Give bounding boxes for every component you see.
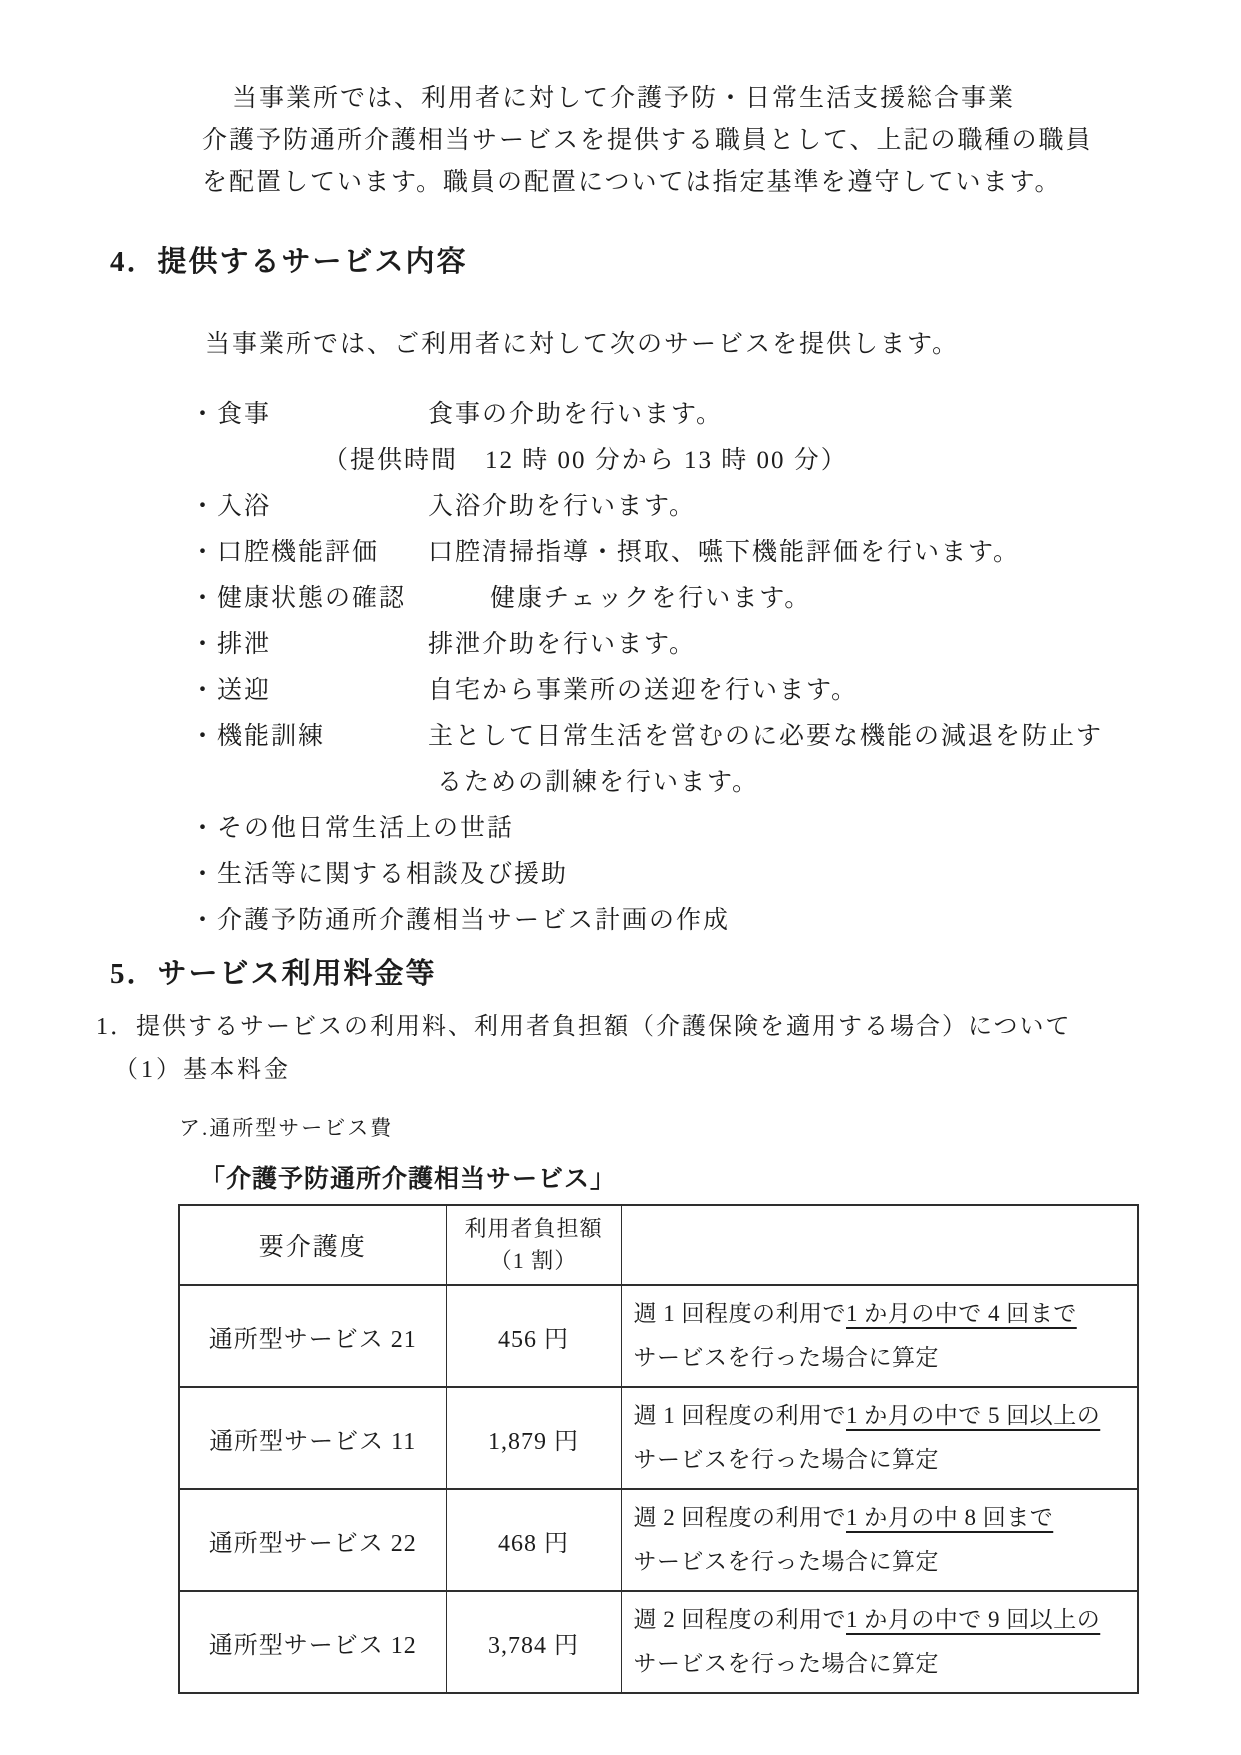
service-desc: 入浴介助を行います。 (428, 493, 696, 520)
calculation-desc-line1: 週 2 回程度の利用で1 か月の中 8 回まで (634, 1496, 1126, 1540)
calculation-desc-line2: サービスを行った場合に算定 (634, 1438, 1126, 1482)
service-desc: 口腔清掃指導・摂取、嚥下機能評価を行います。 (428, 539, 1020, 566)
fee-table-row: 通所型サービス 21 456 円 週 1 回程度の利用で1 か月の中で 4 回ま… (179, 1285, 1138, 1387)
care-level-cell: 通所型サービス 12 (179, 1591, 446, 1693)
intro-paragraph: 当事業所では、利用者に対して介護予防・日常生活支援総合事業 介護予防通所介護相当… (202, 78, 1191, 204)
service-desc: 食事の介助を行います。 (428, 401, 723, 428)
desc-prefix: 週 1 回程度の利用で (634, 1301, 847, 1326)
service-item-oral-function: ・口腔機能評価口腔清掃指導・摂取、嚥下機能評価を行います。 (190, 530, 1191, 576)
calculation-desc-cell: 週 1 回程度の利用で1 か月の中で 5 回以上の サービスを行った場合に算定 (621, 1387, 1138, 1489)
service-label: ・健康状態の確認 (190, 576, 428, 622)
service-label: ・その他日常生活上の世話 (190, 806, 514, 852)
service-desc: 排泄介助を行います。 (428, 631, 696, 658)
service-item-meal: ・食事食事の介助を行います。 (190, 392, 1191, 438)
section4-lead: 当事業所では、ご利用者に対して次のサービスを提供します。 (205, 328, 1191, 362)
calculation-desc-line1: 週 1 回程度の利用で1 か月の中で 4 回まで (634, 1292, 1126, 1336)
service-desc: 主として日常生活を営むのに必要な機能の減退を防止す (428, 723, 1103, 750)
calculation-desc-line1: 週 1 回程度の利用で1 か月の中で 5 回以上の (634, 1394, 1126, 1438)
service-label: ・機能訓練 (190, 714, 428, 760)
fee-intro-line: 1．提供するサービスの利用料、利用者負担額（介護保険を適用する場合）について (96, 1008, 1191, 1046)
service-label: ・排泄 (190, 622, 428, 668)
desc-underlined: 1 か月の中で 5 回以上の (846, 1403, 1100, 1428)
desc-underlined: 1 か月の中で 4 回まで (846, 1301, 1077, 1326)
service-item-bath: ・入浴入浴介助を行います。 (190, 484, 1191, 530)
calculation-desc-cell: 週 2 回程度の利用で1 か月の中で 9 回以上の サービスを行った場合に算定 (621, 1591, 1138, 1693)
header-care-level: 要介護度 (179, 1205, 446, 1285)
service-label: ・送迎 (190, 668, 428, 714)
service-item-life-consultation: ・生活等に関する相談及び援助 (190, 852, 1191, 898)
section4-heading: 4．提供するサービス内容 (110, 242, 1191, 282)
desc-underlined: 1 か月の中で 9 回以上の (846, 1607, 1100, 1632)
care-level-cell: 通所型サービス 21 (179, 1285, 446, 1387)
header-user-burden-line1: 利用者負担額 (448, 1213, 620, 1245)
calculation-desc-cell: 週 2 回程度の利用で1 か月の中 8 回まで サービスを行った場合に算定 (621, 1489, 1138, 1591)
fee-table-row: 通所型サービス 22 468 円 週 2 回程度の利用で1 か月の中 8 回まで… (179, 1489, 1138, 1591)
service-label: ・口腔機能評価 (190, 530, 428, 576)
service-item-functional-training: ・機能訓練主として日常生活を営むのに必要な機能の減退を防止す (190, 714, 1191, 760)
desc-prefix: 週 1 回程度の利用で (634, 1403, 847, 1428)
service-item-health-check: ・健康状態の確認健康チェックを行います。 (190, 576, 1191, 622)
service-note-meal-time: （提供時間 12 時 00 分から 13 時 00 分） (323, 438, 1191, 484)
fee-cell: 456 円 (446, 1285, 621, 1387)
fee-cell: 1,879 円 (446, 1387, 621, 1489)
service-label: ・食事 (190, 392, 428, 438)
header-user-burden-line2: （1 割） (448, 1245, 620, 1277)
service-item-other-daily-care: ・その他日常生活上の世話 (190, 806, 1191, 852)
fee-table: 要介護度 利用者負担額 （1 割） 通所型サービス 21 456 円 週 1 回… (178, 1204, 1139, 1694)
intro-line: 介護予防通所介護相当サービスを提供する職員として、上記の職種の職員 (202, 120, 1191, 162)
service-label: ・入浴 (190, 484, 428, 530)
fee-cell: 3,784 円 (446, 1591, 621, 1693)
services-list: ・食事食事の介助を行います。 （提供時間 12 時 00 分から 13 時 00… (190, 392, 1191, 944)
desc-prefix: 週 2 回程度の利用で (634, 1505, 847, 1530)
calculation-desc-cell: 週 1 回程度の利用で1 か月の中で 4 回まで サービスを行った場合に算定 (621, 1285, 1138, 1387)
desc-underlined: 1 か月の中 8 回まで (846, 1505, 1053, 1530)
basic-fee-line: （1）基本料金 (114, 1052, 1191, 1088)
fee-table-row: 通所型サービス 11 1,879 円 週 1 回程度の利用で1 か月の中で 5 … (179, 1387, 1138, 1489)
service-item-transport: ・送迎自宅から事業所の送迎を行います。 (190, 668, 1191, 714)
calculation-desc-line2: サービスを行った場合に算定 (634, 1336, 1126, 1380)
service-note-training: るための訓練を行います。 (437, 760, 1191, 806)
care-level-cell: 通所型サービス 22 (179, 1489, 446, 1591)
calculation-desc-line1: 週 2 回程度の利用で1 か月の中で 9 回以上の (634, 1598, 1126, 1642)
calculation-desc-line2: サービスを行った場合に算定 (634, 1642, 1126, 1686)
service-desc: 健康チェックを行います。 (490, 585, 811, 612)
service-desc: 自宅から事業所の送迎を行います。 (428, 677, 858, 704)
intro-line: 当事業所では、利用者に対して介護予防・日常生活支援総合事業 (202, 78, 1191, 120)
service-label: ・介護予防通所介護相当サービス計画の作成 (190, 898, 730, 944)
section5-heading: 5．サービス利用料金等 (110, 954, 1191, 994)
service-item-care-plan: ・介護予防通所介護相当サービス計画の作成 (190, 898, 1191, 944)
care-level-cell: 通所型サービス 11 (179, 1387, 446, 1489)
calculation-desc-line2: サービスを行った場合に算定 (634, 1540, 1126, 1584)
subsection-a-label: ア.通所型サービス費 (179, 1114, 1191, 1142)
fee-table-header-row: 要介護度 利用者負担額 （1 割） (179, 1205, 1138, 1285)
fee-cell: 468 円 (446, 1489, 621, 1591)
service-item-excretion: ・排泄排泄介助を行います。 (190, 622, 1191, 668)
service-label: ・生活等に関する相談及び援助 (190, 852, 568, 898)
header-user-burden: 利用者負担額 （1 割） (446, 1205, 621, 1285)
header-empty (621, 1205, 1138, 1285)
document-page: 当事業所では、利用者に対して介護予防・日常生活支援総合事業 介護予防通所介護相当… (0, 0, 1241, 1755)
intro-line: を配置しています。職員の配置については指定基準を遵守しています。 (202, 162, 1191, 204)
fee-table-caption: 「介護予防通所介護相当サービス」 (200, 1162, 1191, 1198)
desc-prefix: 週 2 回程度の利用で (634, 1607, 847, 1632)
fee-table-row: 通所型サービス 12 3,784 円 週 2 回程度の利用で1 か月の中で 9 … (179, 1591, 1138, 1693)
